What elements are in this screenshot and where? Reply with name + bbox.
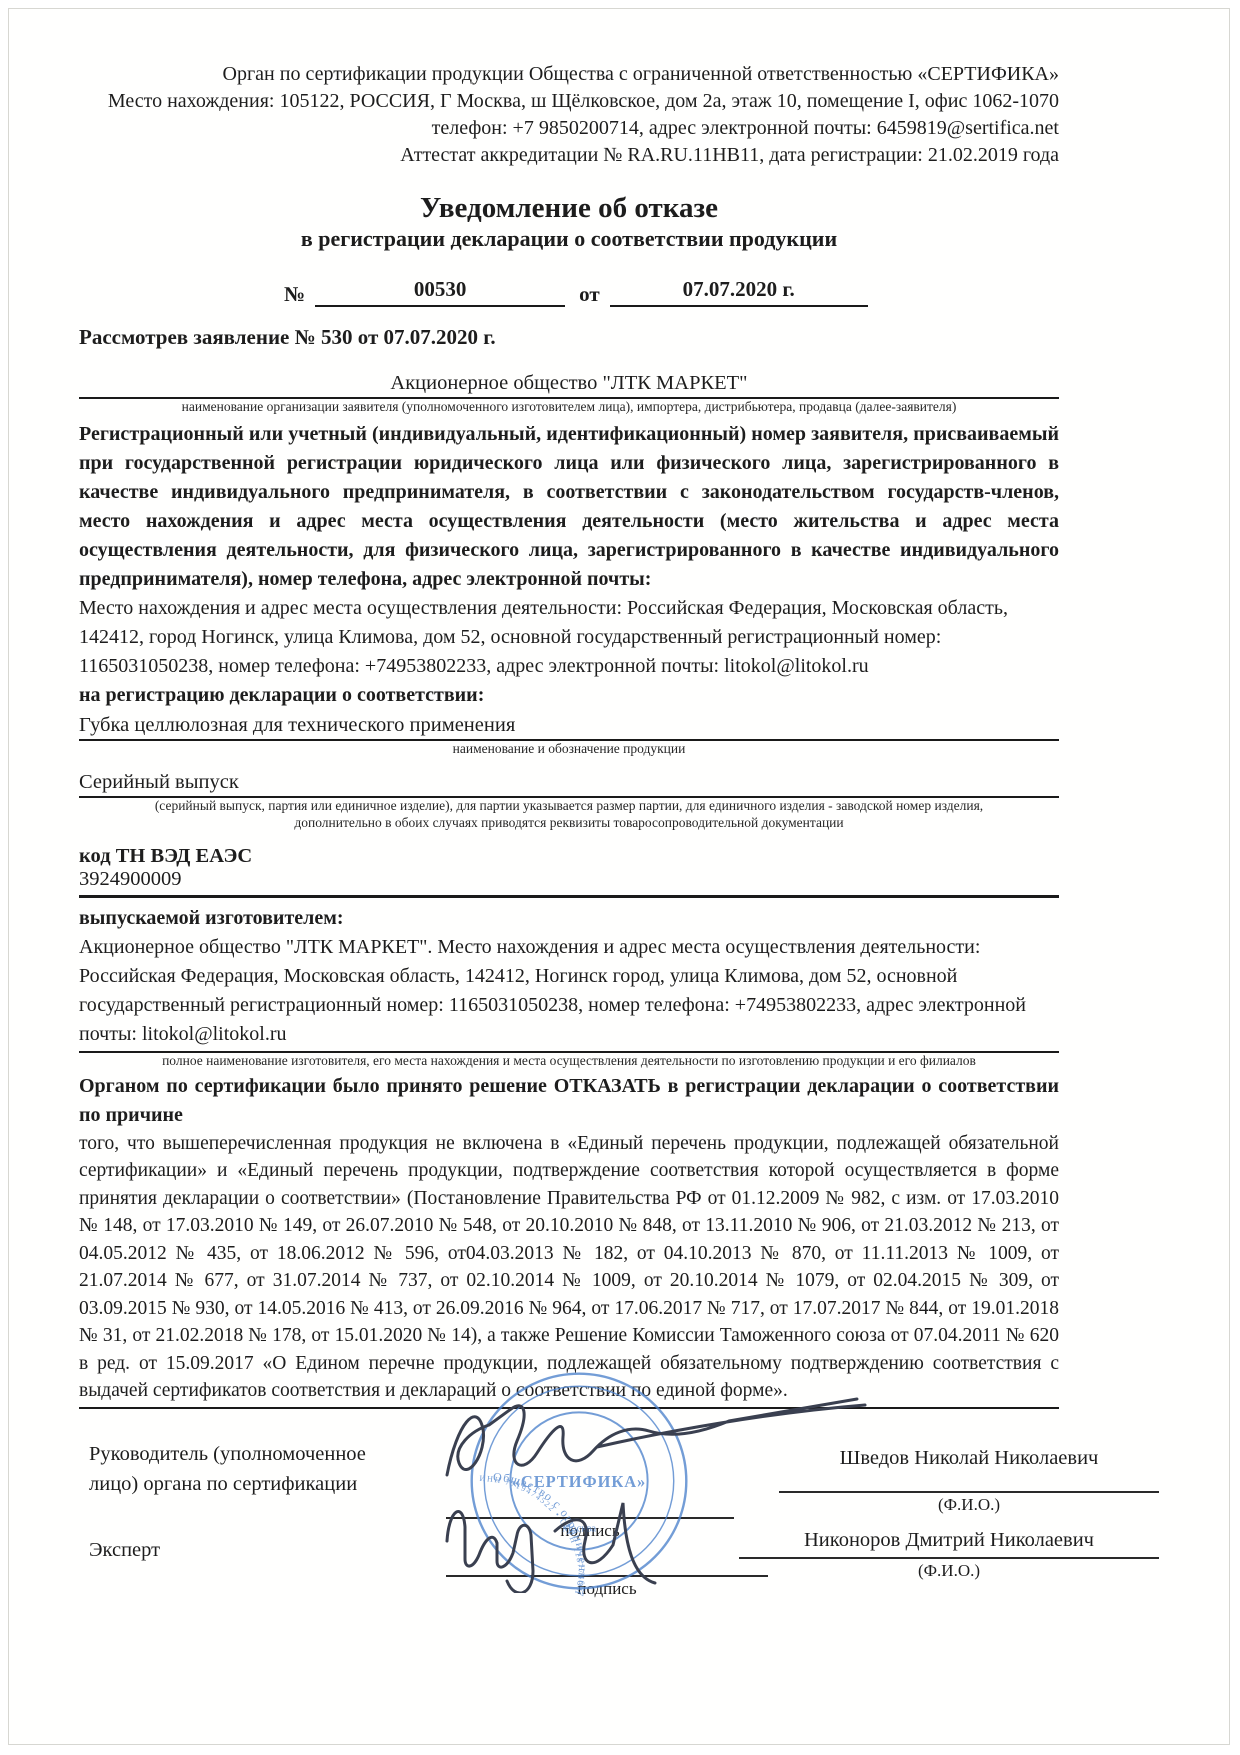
expert-name-line: (Ф.И.О.)	[739, 1557, 1159, 1581]
issue-type-caption-2: дополнительно в обоих случаях приводятся…	[79, 815, 1059, 832]
applicant-intro-paragraph: Регистрационный или учетный (индивидуаль…	[79, 420, 1059, 594]
expert-handwritten-signature	[435, 1483, 765, 1593]
document-number-field: 00530	[315, 277, 565, 307]
certification-body-header: Орган по сертификации продукции Общества…	[79, 61, 1059, 169]
number-sign-label: №	[284, 282, 305, 307]
expert-signature-path	[447, 1503, 655, 1593]
header-line-address: Место нахождения: 105122, РОССИЯ, Г Моск…	[79, 88, 1059, 115]
applicant-name-field: Акционерное общество "ЛТК МАРКЕТ"	[79, 372, 1059, 399]
head-signature-path	[447, 1399, 865, 1475]
signature-section: Руководитель (уполномоченное лицо) орган…	[79, 1417, 1059, 1667]
document-number-row: № 00530 от 07.07.2020 г.	[284, 277, 1059, 307]
document-subtitle: в регистрации декларации о соответствии …	[79, 225, 1059, 253]
registration-heading: на регистрацию декларации о соответствии…	[79, 681, 1059, 710]
considered-statement: Рассмотрев заявление № 530 от 07.07.2020…	[79, 325, 1059, 350]
tnved-code-label: код ТН ВЭД ЕАЭС	[79, 845, 1059, 868]
product-name-field: Губка целлюлозная для технического приме…	[79, 714, 1059, 741]
header-line-accreditation: Аттестат аккредитации № RA.RU.11НВ11, да…	[79, 142, 1059, 169]
manufacturer-caption: полное наименование изготовителя, его ме…	[79, 1053, 1059, 1070]
document-page: Орган по сертификации продукции Общества…	[8, 8, 1230, 1745]
document-date-field: 07.07.2020 г.	[610, 277, 868, 307]
product-name-caption: наименование и обозначение продукции	[79, 741, 1059, 758]
header-line-org: Орган по сертификации продукции Общества…	[79, 61, 1059, 88]
issue-type-field: Серийный выпуск	[79, 771, 1059, 798]
manufacturer-heading: выпускаемой изготовителем:	[79, 904, 1059, 933]
applicant-details-paragraph: Место нахождения и адрес места осуществл…	[79, 594, 1059, 681]
header-line-contacts: телефон: +7 9850200714, адрес электронно…	[79, 115, 1059, 142]
expert-role-label: Эксперт	[89, 1539, 160, 1562]
from-label: от	[579, 282, 600, 307]
issue-type-caption-1: (серийный выпуск, партия или единичное и…	[79, 798, 1059, 815]
expert-signature-ink	[435, 1483, 765, 1593]
tnved-code-value: 3924900009	[79, 868, 1059, 898]
expert-full-name: Никоноров Дмитрий Николаевич	[739, 1529, 1159, 1552]
manufacturer-details-paragraph: Акционерное общество "ЛТК МАРКЕТ". Место…	[79, 933, 1059, 1053]
document-title: Уведомление об отказе	[79, 191, 1059, 225]
expert-fio-caption: (Ф.И.О.)	[739, 1559, 1159, 1581]
applicant-name-caption: наименование организации заявителя (упол…	[79, 399, 1059, 416]
decision-statement: Органом по сертификации было принято реш…	[79, 1072, 1059, 1130]
head-role-label: Руководитель (уполномоченное лицо) орган…	[89, 1439, 419, 1499]
